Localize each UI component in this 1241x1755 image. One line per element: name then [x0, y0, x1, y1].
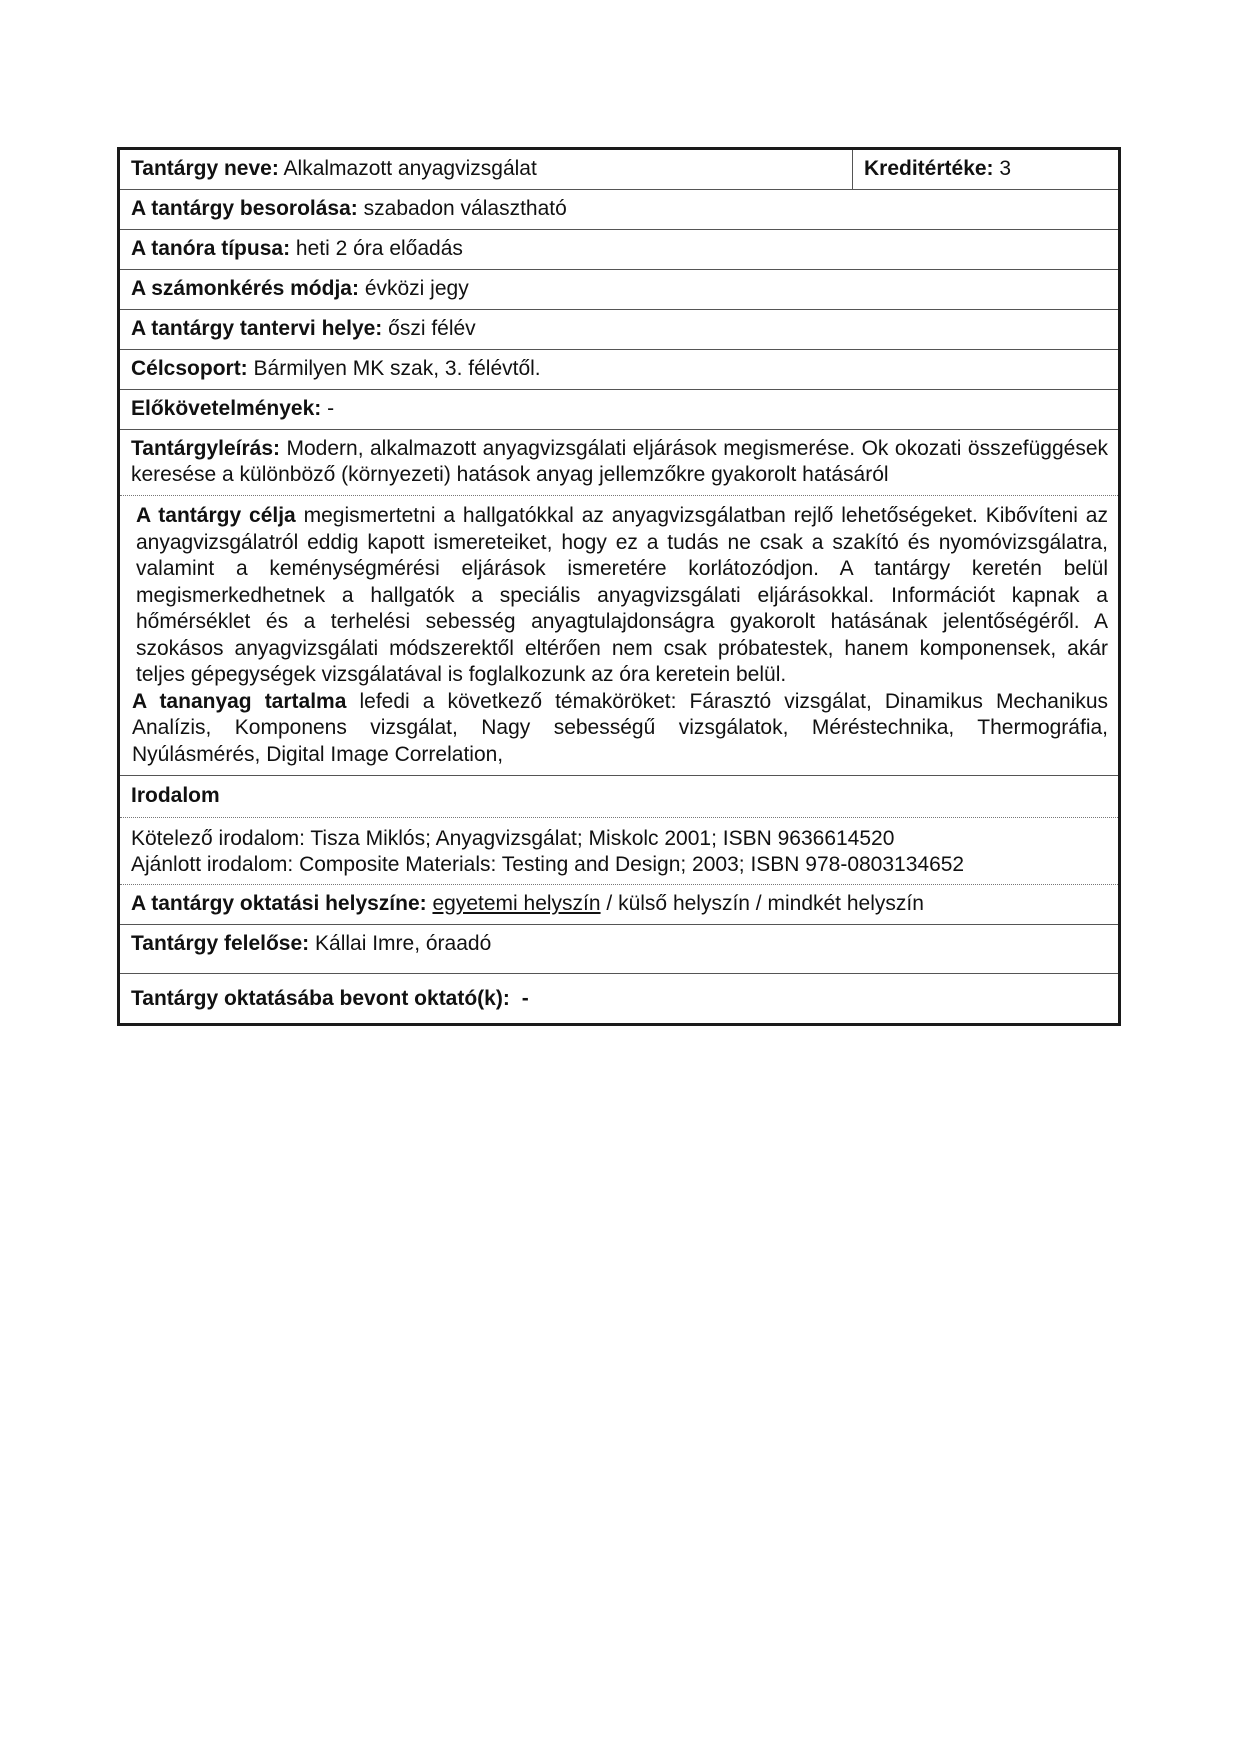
- literature-mandatory: Kötelező irodalom: Tisza Miklós; Anyagvi…: [131, 826, 1108, 852]
- row-description: Tantárgyleírás: Modern, alkalmazott anya…: [120, 430, 1118, 496]
- row-responsible: Tantárgy felelőse: Kállai Imre, óraadó: [120, 925, 1118, 974]
- responsible-label: Tantárgy felelőse:: [131, 932, 309, 955]
- classification-value: szabadon választható: [364, 197, 567, 220]
- prerequisites-value: -: [327, 397, 334, 420]
- classification-label: A tantárgy besorolása:: [131, 197, 358, 220]
- row-class-type: A tanóra típusa: heti 2 óra előadás: [120, 230, 1118, 270]
- row-literature-heading: Irodalom: [120, 776, 1118, 818]
- credit-cell: Kreditértéke: 3: [853, 150, 1118, 189]
- goal-value: megismertetni a hallgatókkal az anyagviz…: [136, 504, 1108, 686]
- curriculum-place-value: őszi félév: [388, 317, 476, 340]
- location-selected: egyetemi helyszín: [432, 892, 600, 915]
- course-datasheet-table: Tantárgy neve: Alkalmazott anyagvizsgála…: [117, 147, 1121, 1026]
- row-prerequisites: Előkövetelmények: -: [120, 390, 1118, 430]
- assessment-value: évközi jegy: [365, 277, 469, 300]
- description-label: Tantárgyleírás:: [131, 437, 280, 460]
- target-group-value: Bármilyen MK szak, 3. félévtől.: [254, 357, 541, 380]
- row-curriculum-place: A tantárgy tantervi helye: őszi félév: [120, 310, 1118, 350]
- responsible-value: Kállai Imre, óraadó: [315, 932, 491, 955]
- location-label: A tantárgy oktatási helyszíne:: [131, 892, 427, 915]
- instructors-label: Tantárgy oktatásába bevont oktató(k):: [131, 987, 510, 1010]
- credit-label: Kreditértéke:: [864, 157, 994, 180]
- assessment-label: A számonkérés módja:: [131, 277, 359, 300]
- content-paragraph: A tananyag tartalma lefedi a következő t…: [132, 689, 1108, 769]
- literature-recommended: Ajánlott irodalom: Composite Materials: …: [131, 852, 1108, 878]
- curriculum-place-label: A tantárgy tantervi helye:: [131, 317, 382, 340]
- row-target-group: Célcsoport: Bármilyen MK szak, 3. félévt…: [120, 350, 1118, 390]
- subject-name-cell: Tantárgy neve: Alkalmazott anyagvizsgála…: [120, 150, 853, 189]
- class-type-label: A tanóra típusa:: [131, 237, 290, 260]
- content-label: A tananyag tartalma: [132, 690, 346, 713]
- prerequisites-label: Előkövetelmények:: [131, 397, 321, 420]
- row-goal-and-content: A tantárgy célja megismertetni a hallgat…: [120, 496, 1118, 776]
- row-instructors: Tantárgy oktatásába bevont oktató(k): -: [120, 974, 1118, 1023]
- row-subject-name: Tantárgy neve: Alkalmazott anyagvizsgála…: [120, 150, 1118, 190]
- goal-label: A tantárgy célja: [136, 504, 296, 527]
- credit-value: 3: [999, 157, 1011, 180]
- class-type-value: heti 2 óra előadás: [296, 237, 463, 260]
- goal-paragraph: A tantárgy célja megismertetni a hallgat…: [136, 503, 1108, 689]
- row-assessment: A számonkérés módja: évközi jegy: [120, 270, 1118, 310]
- subject-name-value: Alkalmazott anyagvizsgálat: [284, 157, 537, 180]
- row-location: A tantárgy oktatási helyszíne: egyetemi …: [120, 885, 1118, 925]
- literature-heading: Irodalom: [131, 784, 220, 807]
- target-group-label: Célcsoport:: [131, 357, 248, 380]
- instructors-value: -: [522, 987, 529, 1010]
- row-classification: A tantárgy besorolása: szabadon választh…: [120, 190, 1118, 230]
- subject-name-label: Tantárgy neve:: [131, 157, 279, 180]
- location-other-options: / külső helyszín / mindkét helyszín: [601, 892, 924, 915]
- row-literature-list: Kötelező irodalom: Tisza Miklós; Anyagvi…: [120, 818, 1118, 885]
